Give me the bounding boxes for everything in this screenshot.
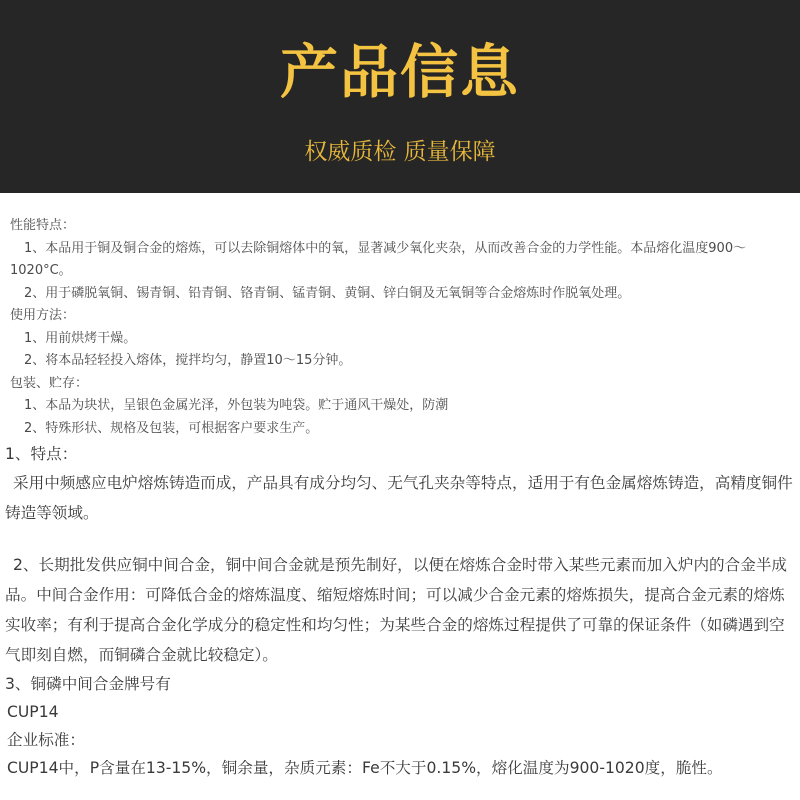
packaging-heading: 包装、贮存： bbox=[10, 373, 795, 396]
banner-title: 产品信息 bbox=[0, 32, 800, 112]
usage-heading: 使用方法： bbox=[10, 305, 795, 328]
packaging-item: 2、特殊形状、规格及包装，可根据客户要求生产。 bbox=[10, 418, 795, 441]
master-alloy-body: 2、长期批发供应铜中间合金，铜中间合金就是预先制好，以便在熔炼合金时带入某些元素… bbox=[5, 550, 795, 670]
performance-item: 2、用于磷脱氧铜、锡青铜、铅青铜、铬青铜、锰青铜、黄铜、锌白铜及无氧铜等合金熔炼… bbox=[10, 283, 795, 306]
packaging-item: 1、本品为块状，呈银色金属光泽，外包装为吨袋。贮于通风干燥处，防潮 bbox=[10, 395, 795, 418]
grade-spec: CUP14中，P含量在13-15%，铜余量，杂质元素：Fe不大于0.15%，熔化… bbox=[5, 754, 795, 782]
description-section: 1、特点： 采用中频感应电炉熔炼铸造而成，产品具有成分均匀、无气孔夹杂等特点，适… bbox=[5, 440, 795, 782]
usage-item: 2、将本品轻轻投入熔体，搅拌均匀，静置10～15分钟。 bbox=[10, 350, 795, 373]
performance-heading: 性能特点： bbox=[10, 215, 795, 238]
features-body: 采用中频感应电炉熔炼铸造而成，产品具有成分均匀、无气孔夹杂等特点，适用于有色金属… bbox=[5, 468, 795, 528]
features-heading: 1、特点： bbox=[5, 440, 795, 468]
spec-section: 性能特点： 1、本品用于铜及铜合金的熔炼，可以去除铜熔体中的氧，显著减少氧化夹杂… bbox=[10, 215, 795, 440]
performance-item: 1、本品用于铜及铜合金的熔炼，可以去除铜熔体中的氧，显著减少氧化夹杂，从而改善合… bbox=[10, 238, 795, 283]
grade-name: CUP14 bbox=[5, 698, 795, 726]
banner: 产品信息 权威质检 质量保障 bbox=[0, 0, 800, 193]
banner-subtitle: 权威质检 质量保障 bbox=[0, 136, 800, 168]
grades-heading: 3、铜磷中间合金牌号有 bbox=[5, 670, 795, 698]
standard-label: 企业标准： bbox=[5, 726, 795, 754]
usage-item: 1、用前烘烤干燥。 bbox=[10, 328, 795, 351]
